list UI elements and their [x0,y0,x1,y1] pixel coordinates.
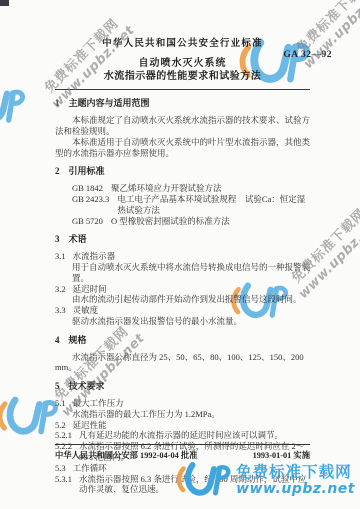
section-1-heading: 1 主题内容与适用范围 [55,98,310,109]
section-1-paragraph: 本标准规定了自动喷水灭火系统水流指示器的技术要求、试验方法和检验规则。 [55,115,310,137]
document-page: 中华人民共和国公共安全行业标准 GA 32—92 自动喷水灭火系统 水流指示器的… [0,0,360,495]
upbz-logo-icon [175,461,231,501]
header-divider [55,89,310,90]
term-item: 3.3 灵敏度 [55,305,310,316]
clause-number: 3.3 [55,305,66,316]
clause-number: 3.2 [55,284,66,295]
term-name: 灵敏度 [73,305,310,316]
reference-code: GB 5720 [72,216,103,227]
brand-site-url: www.upbz.net [236,482,355,498]
term-name: 延迟时间 [73,284,310,295]
section-title: 术语 [69,234,87,245]
clause-number: 3.1 [55,251,66,262]
clause-number: 5.2 [55,420,66,431]
clause-text: 最大工作压力 [73,398,310,409]
section-5-heading: 5 技术要求 [55,381,310,392]
section-title: 主题内容与适用范围 [69,98,150,109]
reference-title: O 型橡胶密封圈试验的标准方法 [111,216,230,227]
term-item: 3.2 延迟时间 [55,284,310,295]
clause-number: 5.1 [55,398,66,409]
section-4-heading: 4 规格 [55,335,310,346]
clause-text: 凡有延迟功能的水流指示器的延迟时间应该可以调节。 [79,430,310,441]
reference-item: GB 1842 聚乙烯环境应力开裂试验方法 [72,183,310,194]
upbz-brand: 免费标准下载网 www.upbz.net [175,461,355,501]
section-3-heading: 3 术语 [55,234,310,245]
reference-title: 聚乙烯环境应力开裂试验方法 [111,183,222,194]
reference-code: GB 1842 [72,183,103,194]
section-number: 4 [55,335,60,346]
document-footer: 中华人民共和国公安部 1992-04-04 批准 1993-01-01 实施 [55,444,310,461]
section-title: 引用标准 [69,166,105,177]
term-definition: 由水的流动引起传动部件开始动作到发出报警信号这段时间。 [72,294,310,305]
approval-statement: 中华人民共和国公安部 1992-04-04 批准 [55,449,197,461]
section-number: 5 [55,381,60,392]
term-definition: 驱动水流指示器发出报警信号的最小水流量。 [72,316,310,327]
clause-item: 5.2.1 凡有延迟功能的水流指示器的延迟时间应该可以调节。 [55,430,310,441]
term-definition: 用于自动喷水灭火系统中将水流信号转换成电信号的一种报警装置。 [72,262,310,284]
section-1-paragraph: 本标准适用于自动喷水灭火系统中的叶片型水流指示器，其他类型的水流指示器亦应参照使… [55,137,310,159]
clause-number: 5.2.1 [55,430,72,441]
clause-item: 5.1 最大工作压力 [55,398,310,409]
section-number: 2 [55,166,60,177]
scan-corner-artifact [0,0,9,6]
clause-item: 5.2 延迟性能 [55,420,310,431]
term-name: 水流指示器 [73,251,310,262]
section-title: 规格 [69,335,87,346]
reference-title: 电工电子产品基本环境试验规程 试验Ca：恒定湿热试验方法 [117,194,310,216]
section-2-heading: 2 引用标准 [55,166,310,177]
standard-title-line1: 自动喷水灭火系统 [55,59,310,70]
reference-item: GB 5720 O 型橡胶密封圈试验的标准方法 [72,216,310,227]
reference-code: GB 2423.3 [72,194,109,216]
clause-number: 5.3 [55,463,66,474]
section-title: 技术要求 [69,381,105,392]
section-4-paragraph: 水流指示器公称直径为 25、50、65、80、100、125、150、200 m… [55,352,310,374]
clause-text: 延迟性能 [73,420,310,431]
section-number: 3 [55,234,60,245]
clause-number: 5.3.1 [55,474,72,496]
reference-item: GB 2423.3 电工电子产品基本环境试验规程 试验Ca：恒定湿热试验方法 [72,194,310,216]
term-item: 3.1 水流指示器 [55,251,310,262]
standard-authority-line: 中华人民共和国公共安全行业标准 [55,39,310,50]
standard-title-line2: 水流指示器的性能要求和试验方法 [55,72,310,83]
brand-site-name: 免费标准下载网 [236,464,355,481]
section-number: 1 [55,98,60,109]
standard-code: GA 32—92 [283,50,332,61]
implementation-date: 1993-01-01 实施 [253,449,310,461]
clause-body: 水流指示器的最大工作压力为 1.2MPa。 [72,409,310,420]
